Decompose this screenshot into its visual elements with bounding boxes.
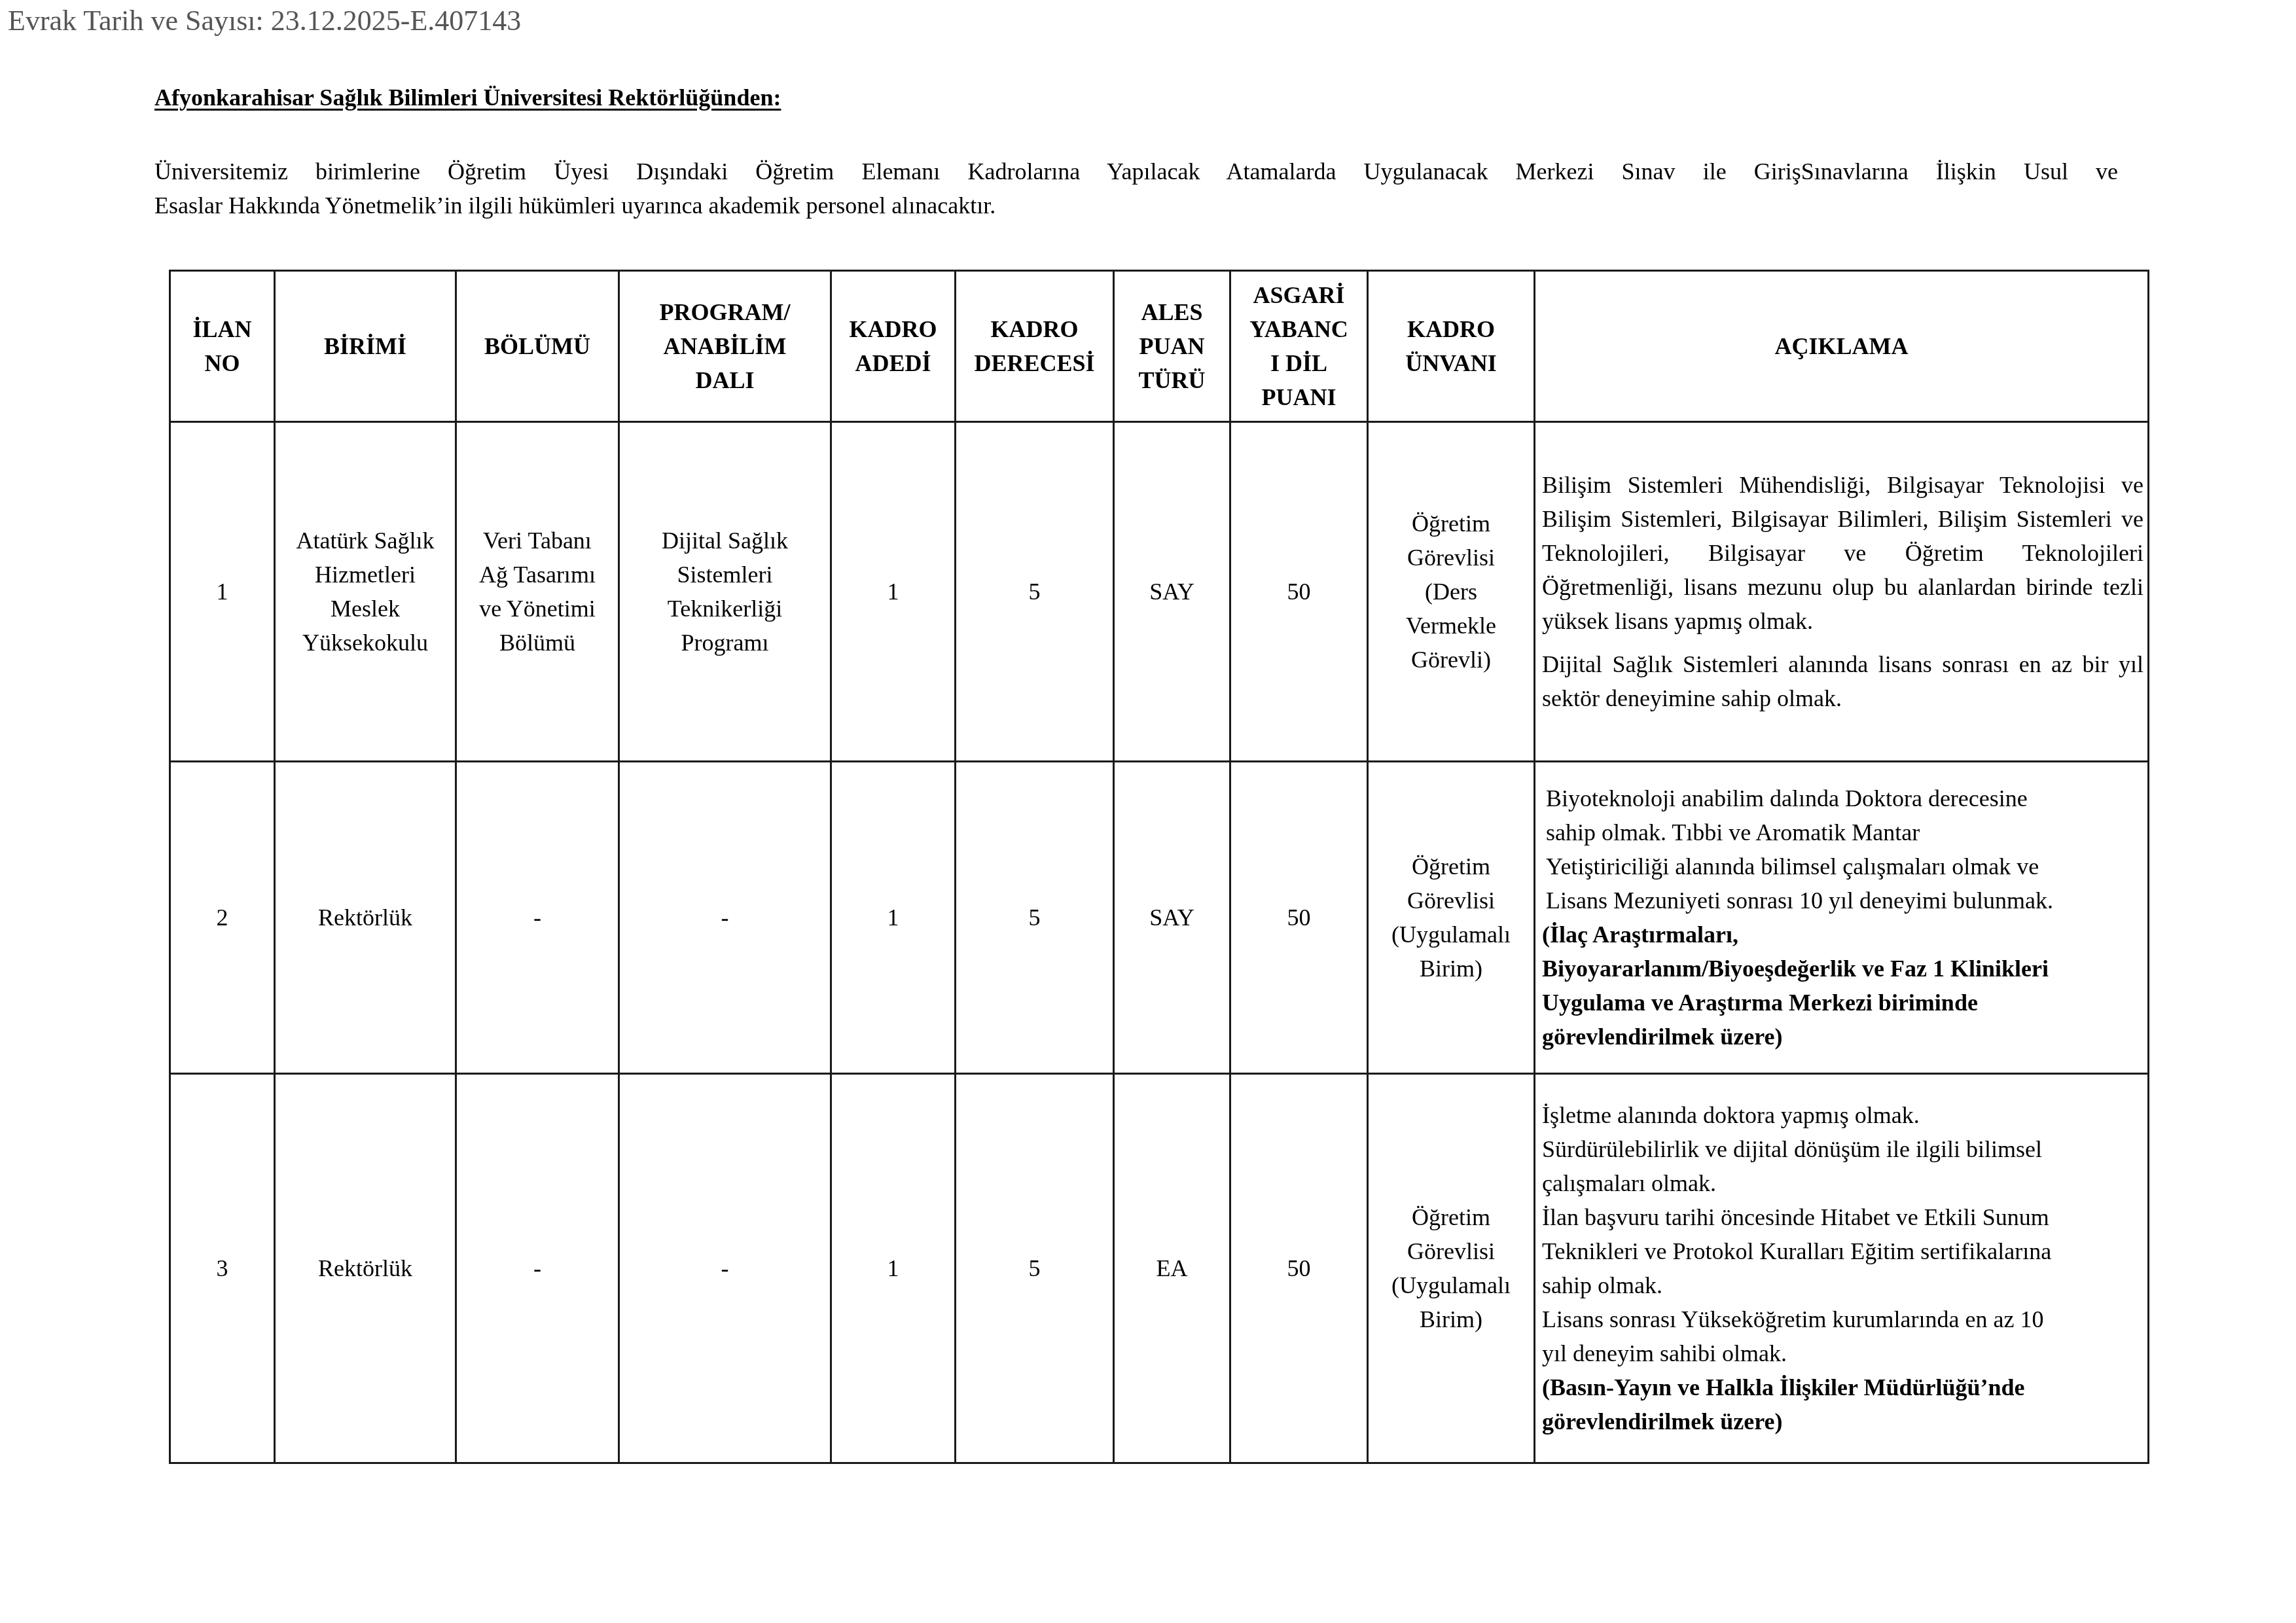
- cell-bolumu: -: [456, 762, 619, 1074]
- cell-birimi: Rektörlük: [275, 762, 456, 1074]
- header-aciklama: AÇIKLAMA: [1535, 271, 2149, 422]
- header-ilan-no: İLAN NO: [170, 271, 275, 422]
- cell-birimi: Rektörlük: [275, 1074, 456, 1463]
- document-intro: Üniversitemiz birimlerine Öğretim Üyesi …: [154, 154, 2118, 223]
- cell-birimi: Atatürk Sağlık Hizmetleri Meslek Yükseko…: [275, 422, 456, 762]
- aciklama-paragraph: İşletme alanında doktora yapmış olmak. S…: [1542, 1098, 2144, 1370]
- cell-kadro-unvani: Öğretim Görevlisi (Uygulamalı Birim): [1368, 1074, 1535, 1463]
- cell-ales-puan-turu: SAY: [1114, 422, 1230, 762]
- header-yabanci-dil: ASGARİ YABANC I DİL PUANI: [1230, 271, 1368, 422]
- table-row: 2 Rektörlük - - 1 5 SAY 50 Öğretim Görev…: [170, 762, 2149, 1074]
- table-header-row: İLAN NO BİRİMİ BÖLÜMÜ PROGRAM/ ANABİLİM …: [170, 271, 2149, 422]
- cell-yabanci-dil: 50: [1230, 762, 1368, 1074]
- cell-kadro-adedi: 1: [831, 422, 956, 762]
- header-bolumu: BÖLÜMÜ: [456, 271, 619, 422]
- cell-ilan-no: 3: [170, 1074, 275, 1463]
- cell-yabanci-dil: 50: [1230, 1074, 1368, 1463]
- aciklama-paragraph: Dijital Sağlık Sistemleri alanında lisan…: [1542, 647, 2144, 715]
- cell-aciklama: İşletme alanında doktora yapmış olmak. S…: [1535, 1074, 2149, 1463]
- header-ales-puan-turu: ALES PUAN TÜRÜ: [1114, 271, 1230, 422]
- document-heading: Afyonkarahisar Sağlık Bilimleri Üniversi…: [154, 84, 781, 111]
- cell-program: Dijital Sağlık Sistemleri Teknikerliği P…: [619, 422, 831, 762]
- cell-ales-puan-turu: EA: [1114, 1074, 1230, 1463]
- document-stamp: Evrak Tarih ve Sayısı: 23.12.2025-E.4071…: [8, 4, 521, 37]
- job-listing-table: İLAN NO BİRİMİ BÖLÜMÜ PROGRAM/ ANABİLİM …: [169, 270, 2149, 1464]
- cell-kadro-derecesi: 5: [956, 762, 1114, 1074]
- cell-ilan-no: 2: [170, 762, 275, 1074]
- aciklama-assignment-note: (İlaç Araştırmaları, Biyoyararlanım/Biyo…: [1542, 918, 2144, 1054]
- cell-kadro-unvani: Öğretim Görevlisi (Ders Vermekle Görevli…: [1368, 422, 1535, 762]
- cell-bolumu: Veri Tabanı Ağ Tasarımı ve Yönetimi Bölü…: [456, 422, 619, 762]
- cell-yabanci-dil: 50: [1230, 422, 1368, 762]
- cell-kadro-derecesi: 5: [956, 422, 1114, 762]
- cell-kadro-adedi: 1: [831, 762, 956, 1074]
- table-row: 3 Rektörlük - - 1 5 EA 50 Öğretim Görevl…: [170, 1074, 2149, 1463]
- header-kadro-unvani: KADRO ÜNVANI: [1368, 271, 1535, 422]
- aciklama-assignment-note: (Basın-Yayın ve Halkla İlişkiler Müdürlü…: [1542, 1370, 2144, 1438]
- aciklama-paragraph: Bilişim Sistemleri Mühendisliği, Bilgisa…: [1542, 468, 2144, 638]
- table-row: 1 Atatürk Sağlık Hizmetleri Meslek Yükse…: [170, 422, 2149, 762]
- cell-bolumu: -: [456, 1074, 619, 1463]
- cell-kadro-derecesi: 5: [956, 1074, 1114, 1463]
- intro-line-2: Esaslar Hakkında Yönetmelik’in ilgili hü…: [154, 188, 2118, 223]
- intro-line-1: Üniversitemiz birimlerine Öğretim Üyesi …: [154, 154, 2118, 188]
- aciklama-paragraph: Biyoteknoloji anabilim dalında Doktora d…: [1542, 781, 2144, 918]
- cell-program: -: [619, 762, 831, 1074]
- cell-kadro-adedi: 1: [831, 1074, 956, 1463]
- header-kadro-derecesi: KADRO DERECESİ: [956, 271, 1114, 422]
- cell-ilan-no: 1: [170, 422, 275, 762]
- header-birimi: BİRİMİ: [275, 271, 456, 422]
- cell-kadro-unvani: Öğretim Görevlisi (Uygulamalı Birim): [1368, 762, 1535, 1074]
- cell-aciklama: Biyoteknoloji anabilim dalında Doktora d…: [1535, 762, 2149, 1074]
- cell-ales-puan-turu: SAY: [1114, 762, 1230, 1074]
- cell-program: -: [619, 1074, 831, 1463]
- header-kadro-adedi: KADRO ADEDİ: [831, 271, 956, 422]
- header-program: PROGRAM/ ANABİLİM DALI: [619, 271, 831, 422]
- cell-aciklama: Bilişim Sistemleri Mühendisliği, Bilgisa…: [1535, 422, 2149, 762]
